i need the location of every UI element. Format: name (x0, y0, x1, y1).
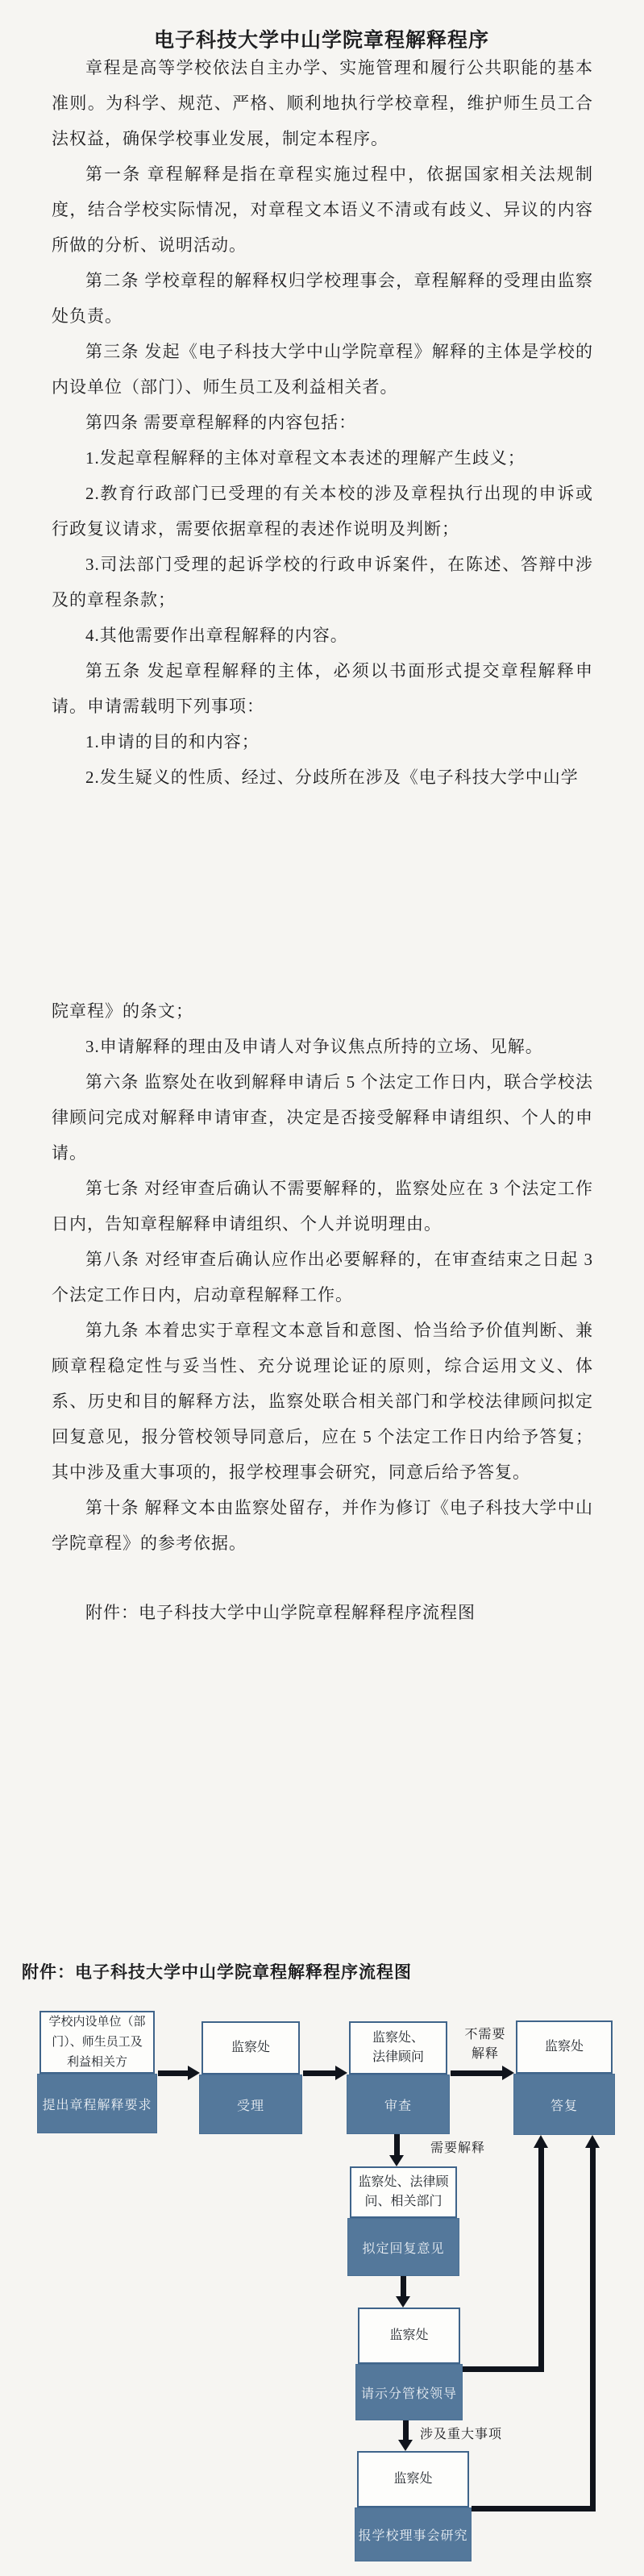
paragraph: 4.其他需要作出章程解释的内容。 (52, 618, 593, 653)
flowchart-box-reply: 监察处 答复 (513, 2020, 615, 2135)
document-title: 电子科技大学中山学院章程解释程序 (52, 24, 592, 53)
paragraph: 第三条 发起《电子科技大学中山学院章程》解释的主体是学校的内设单位（部门）、师生… (52, 334, 593, 405)
flowchart-title: 附件：电子科技大学中山学院章程解释程序流程图 (22, 1959, 412, 1983)
box-body: 提出章程解释要求 (37, 2074, 157, 2133)
arrow-draft-to-leader (401, 2276, 406, 2296)
connector-board-to-reply-horizontal (472, 2506, 596, 2511)
paragraph: 附件：电子科技大学中山学院章程解释程序流程图 (52, 1595, 593, 1630)
page2-text: 院章程》的条文；3.申请解释的理由及申请人对争议焦点所持的立场、见解。第六条 监… (52, 993, 593, 1630)
paragraph: 第九条 本着忠实于章程文本意旨和意图、恰当给予价值判断、兼顾章程稳定性与妥当性、… (52, 1313, 593, 1490)
paragraph: 2.发生疑义的性质、经过、分歧所在涉及《电子科技大学中山学 (52, 759, 593, 795)
flowchart-box-leader-approval: 监察处 请示分管校领导 (355, 2308, 463, 2420)
paragraph: 第六条 监察处在收到解释申请后 5 个法定工作日内，联合学校法律顾问完成对解释申… (52, 1064, 593, 1171)
flowchart-box-draft-opinion: 监察处、法律顾 问、相关部门 拟定回复意见 (347, 2166, 459, 2276)
scanned-document: 电子科技大学中山学院章程解释程序 章程是高等学校依法自主办学、实施管理和履行公共… (0, 0, 644, 2576)
arrow-leader-to-board (403, 2420, 409, 2440)
box-body: 请示分管校领导 (355, 2364, 463, 2420)
paragraph: 第五条 发起章程解释的主体，必须以书面形式提交章程解释申请。申请需载明下列事项： (52, 653, 593, 724)
flowchart-box-board-study: 监察处 报学校理事会研究 (355, 2451, 472, 2561)
flowchart-box-initiator: 学校内设单位（部 门）、师生员工及 利益相关方 提出章程解释要求 (37, 2011, 157, 2133)
paragraph: 3.司法部门受理的起诉学校的行政申诉案件，在陈述、答辩中涉及的章程条款； (52, 547, 593, 618)
label-interpretation-needed: 需要解释 (430, 2139, 485, 2158)
box-header: 监察处、 法律顾问 (349, 2021, 447, 2075)
box-header: 监察处、法律顾 问、相关部门 (350, 2166, 457, 2218)
paragraph: 1.申请的目的和内容； (52, 724, 593, 759)
box-header: 监察处 (202, 2021, 300, 2075)
arrow-review-to-reply (451, 2070, 502, 2076)
arrowhead-leader-to-reply (534, 2135, 548, 2148)
paragraph: 院章程》的条文； (52, 993, 593, 1029)
paragraph: 第十条 解释文本由监察处留存，并作为修订《电子科技大学中山学院章程》的参考依据。 (52, 1490, 593, 1561)
box-body: 报学校理事会研究 (355, 2507, 472, 2561)
flowchart-box-review: 监察处、 法律顾问 审查 (347, 2021, 450, 2134)
paragraph: 第二条 学校章程的解释权归学校理事会，章程解释的受理由监察处负责。 (52, 263, 593, 334)
box-header: 学校内设单位（部 门）、师生员工及 利益相关方 (39, 2011, 155, 2074)
box-body: 拟定回复意见 (347, 2218, 459, 2276)
paragraph: 3.申请解释的理由及申请人对争议焦点所持的立场、见解。 (52, 1029, 593, 1064)
paragraph: 第八条 对经审查后确认应作出必要解释的，在审查结束之日起 3 个法定工作日内，启… (52, 1242, 593, 1313)
box-body: 答复 (513, 2074, 615, 2135)
box-body: 审查 (347, 2075, 450, 2134)
paragraph: 2.教育行政部门已受理的有关本校的涉及章程执行出现的申诉或行政复议请求，需要依据… (52, 476, 593, 547)
paragraph: 1.发起章程解释的主体对章程文本表述的理解产生歧义； (52, 440, 593, 476)
arrow-review-to-draft (394, 2134, 400, 2155)
connector-leader-to-reply-vertical (538, 2147, 544, 2372)
page1-text: 章程是高等学校依法自主办学、实施管理和履行公共职能的基本准则。为科学、规范、严格… (52, 50, 593, 795)
box-header: 监察处 (516, 2020, 613, 2074)
connector-leader-to-reply-horizontal (463, 2366, 544, 2372)
label-no-interpretation-needed: 不需要 解释 (460, 2025, 510, 2064)
arrow-initiator-to-accept (158, 2070, 188, 2076)
box-header: 监察处 (357, 2451, 469, 2507)
paragraph: 第四条 需要章程解释的内容包括： (52, 405, 593, 440)
paragraph: 章程是高等学校依法自主办学、实施管理和履行公共职能的基本准则。为科学、规范、严格… (52, 50, 593, 156)
label-major-matters: 涉及重大事项 (420, 2425, 502, 2445)
box-body: 受理 (199, 2075, 302, 2134)
connector-board-to-reply-vertical (590, 2147, 596, 2511)
box-header: 监察处 (358, 2308, 460, 2364)
paragraph: 第一条 章程解释是指在章程实施过程中，依据国家相关法规制度，结合学校实际情况，对… (52, 156, 593, 263)
paragraph: 第七条 对经审查后确认不需要解释的，监察处应在 3 个法定工作日内，告知章程解释… (52, 1171, 593, 1242)
arrow-accept-to-review (303, 2070, 335, 2076)
arrowhead-board-to-reply (585, 2135, 600, 2148)
flowchart-box-accept: 监察处 受理 (199, 2021, 302, 2134)
